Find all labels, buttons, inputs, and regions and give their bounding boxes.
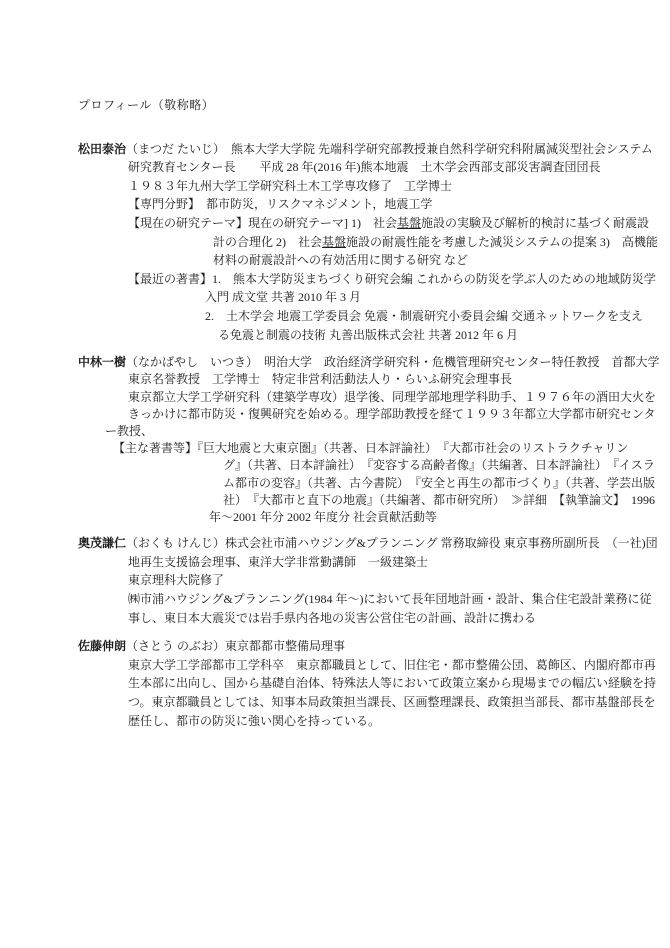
profile-line: ㈱市浦ハウジング&プランニング(1984 年〜)において長年団地計画・設計、集合…: [78, 590, 612, 609]
profile-name: 佐藤伸朗: [78, 639, 126, 653]
profile-line: 事し、東日本大震災では岩手県内各地の災害公営住宅の計画、設計に携わる: [78, 609, 612, 628]
profile-line: 東京都立大学工学研究科（建築学専攻）退学後、同理学部地理学科助手、１９７６年の酒…: [78, 389, 612, 406]
works-line: 【主な著書等】『巨大地震と大東京圏』（共著、日本評論社） 『大都市社会のリストラ…: [78, 440, 612, 457]
research-theme-line: 計の合理化 2) 社会基盤施設の耐震性能を考慮した減災システムの提案 3) 高機…: [78, 233, 612, 252]
profile-name-rest: （さとう のぶお）東京都都市整備局理事: [126, 639, 345, 653]
profile-line: きっかけに都市防災・復興研究を始める。理学部助教授を経て１９９３年都立大学都市研…: [78, 406, 612, 423]
books-line: 2. 土木学会 地震工学委員会 免震・制震研究小委員会編 交通ネットワークを支え: [78, 307, 612, 326]
theme-underlined-text: 基盤: [322, 235, 346, 249]
profile-name-line: 佐藤伸朗（さとう のぶお）東京都都市整備局理事: [78, 637, 612, 656]
profile-name-rest: （おくも けんじ）株式会社市浦ハウジング&プランニング 常務取締役 東京事務所副…: [126, 536, 658, 550]
profile-matsuda: 松田泰治（まつだ たいじ） 熊本大学大学院 先端科学研究部教授兼自然科学研究科附…: [78, 140, 612, 345]
document-page: プロフィール（敬称略） 松田泰治（まつだ たいじ） 熊本大学大学院 先端科学研究…: [0, 0, 670, 948]
specialty-line: 【専門分野】 都市防災，リスクマネジメント，地震工学: [78, 195, 612, 214]
profile-line: 東京理科大院修了: [78, 571, 612, 590]
profile-name-rest: （まつだ たいじ） 熊本大学大学院 先端科学研究部教授兼自然科学研究科附属減災型…: [126, 142, 653, 156]
profile-line: 地再生支援協会理事、東洋大学非常勤講師 一級建築士: [78, 553, 612, 572]
profile-line: １９８３年九州大学工学研究科土木工学専攻修了 工学博士: [78, 177, 612, 196]
profile-line: 東京名誉教授 工学博士 特定非営利活動法人り・らいふ研究会理事長: [78, 371, 612, 388]
books-line: 入門 成文堂 共著 2010 年 3 月: [78, 288, 612, 307]
theme-text: 施設の実験及び解析的検討に基づく耐震設: [421, 216, 649, 230]
books-line: る免震と制震の技術 丸善出版株式会社 共著 2012 年 6 月: [78, 326, 612, 345]
profile-name-line: 中林一樹（なかばやし いつき） 明治大学 政治経済学研究科・危機管理研究センター…: [78, 354, 612, 371]
profile-name-line: 松田泰治（まつだ たいじ） 熊本大学大学院 先端科学研究部教授兼自然科学研究科附…: [78, 140, 612, 159]
theme-underlined-text: 基盤: [397, 216, 421, 230]
profile-line: つ。東京都職員としては、知事本局政策担当課長、区画整理課長、政策担当部長、都市基…: [78, 693, 612, 712]
books-line: 【最近の著書】1. 熊本大学防災まちづくり研究会編 これからの防災を学ぶ人のため…: [78, 270, 612, 289]
research-theme-line: 材料の耐震設計への有効活用に関する研究 など: [78, 251, 612, 270]
theme-text: 計の合理化 2) 社会: [213, 235, 322, 249]
profile-line: 生本部に出向し、国から基礎自治体、特殊法人等において政策立案から現場までの幅広い…: [78, 674, 612, 693]
works-line: ム都市の変容』（共著、古今書院） 『安全と再生の都市づくり』（共著、学芸出版: [78, 475, 612, 492]
works-line: グ』（共著、日本評論社） 『変容する高齢者像』（共編著、日本評論社） 『イスラ: [78, 457, 612, 474]
research-theme-line: 【現在の研究テーマ】現在の研究テーマ] 1) 社会基盤施設の実験及び解析的検討に…: [78, 214, 612, 233]
theme-text: 【現在の研究テーマ】現在の研究テーマ] 1) 社会: [128, 216, 397, 230]
theme-text: 施設の耐震性能を考慮した減災システムの提案 3) 高機能: [346, 235, 658, 249]
profile-nakabayashi: 中林一樹（なかばやし いつき） 明治大学 政治経済学研究科・危機管理研究センター…: [78, 354, 612, 526]
profile-line: 歴任し、都市の防災に強い関心を持っている。: [78, 712, 612, 731]
profile-name-line: 奥茂謙仁（おくも けんじ）株式会社市浦ハウジング&プランニング 常務取締役 東京…: [78, 534, 612, 553]
profile-line: 東京大学工学部都市工学科卒 東京都職員として、旧住宅・都市整備公団、葛飾区、内閣…: [78, 656, 612, 675]
profile-name: 奥茂謙仁: [78, 536, 126, 550]
profile-name: 中林一樹: [78, 355, 126, 369]
profile-name: 松田泰治: [78, 142, 126, 156]
works-line: 年〜2001 年分 2002 年度分 社会貢献活動等: [78, 509, 612, 526]
profile-sato: 佐藤伸朗（さとう のぶお）東京都都市整備局理事 東京大学工学部都市工学科卒 東京…: [78, 637, 612, 730]
profile-line: 研究教育センター長 平成 28 年(2016 年)熊本地震 土木学会西部支部災害…: [78, 158, 612, 177]
profile-okumo: 奥茂謙仁（おくも けんじ）株式会社市浦ハウジング&プランニング 常務取締役 東京…: [78, 534, 612, 627]
works-line: 社） 『大都市と直下の地震』（共編著、都市研究所） ≫詳細 【執筆論文】 199…: [78, 492, 612, 509]
profile-name-rest: （なかばやし いつき） 明治大学 政治経済学研究科・危機管理研究センター特任教授…: [126, 355, 660, 369]
profile-line: ー教授、: [78, 423, 612, 440]
page-title: プロフィール（敬称略）: [78, 96, 612, 115]
